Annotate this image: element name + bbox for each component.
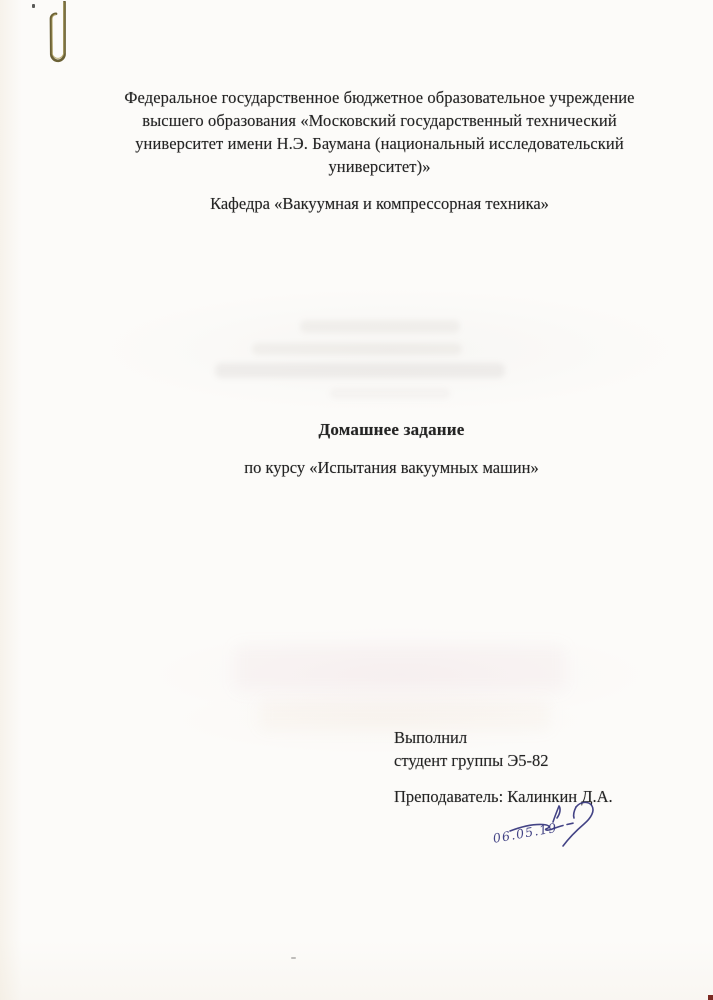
scanned-title-page: Федеральное государственное бюджетное об… <box>0 0 713 1000</box>
institution-line: университет имени Н.Э. Баумана (национал… <box>58 132 701 155</box>
credits-block: Выполнил студент группы Э5-82 Преподават… <box>394 727 613 809</box>
scan-speck <box>708 995 713 1000</box>
paperclip-icon <box>47 1 73 73</box>
bleed-through-mark <box>252 343 462 355</box>
scan-speck <box>32 4 35 8</box>
author-group: студент группы Э5-82 <box>394 750 613 773</box>
course-line: по курсу «Испытания вакуумных машин» <box>70 458 713 478</box>
institution-line: Федеральное государственное бюджетное об… <box>58 86 701 109</box>
assignment-title: Домашнее задание <box>70 420 713 440</box>
author-label: Выполнил <box>394 727 613 750</box>
institution-line: высшего образования «Московский государс… <box>58 109 701 132</box>
bleed-through-mark <box>330 388 450 399</box>
department-line: Кафедра «Вакуумная и компрессорная техни… <box>58 194 701 214</box>
bleed-through-mark <box>235 645 565 691</box>
bleed-through-mark <box>260 700 550 730</box>
bleed-through-mark <box>300 320 460 333</box>
bleed-through-mark <box>215 363 505 378</box>
scan-speck <box>291 957 296 959</box>
institution-header: Федеральное государственное бюджетное об… <box>58 86 701 178</box>
title-block: Домашнее задание по курсу «Испытания вак… <box>70 420 713 478</box>
institution-line: университет)» <box>58 155 701 178</box>
